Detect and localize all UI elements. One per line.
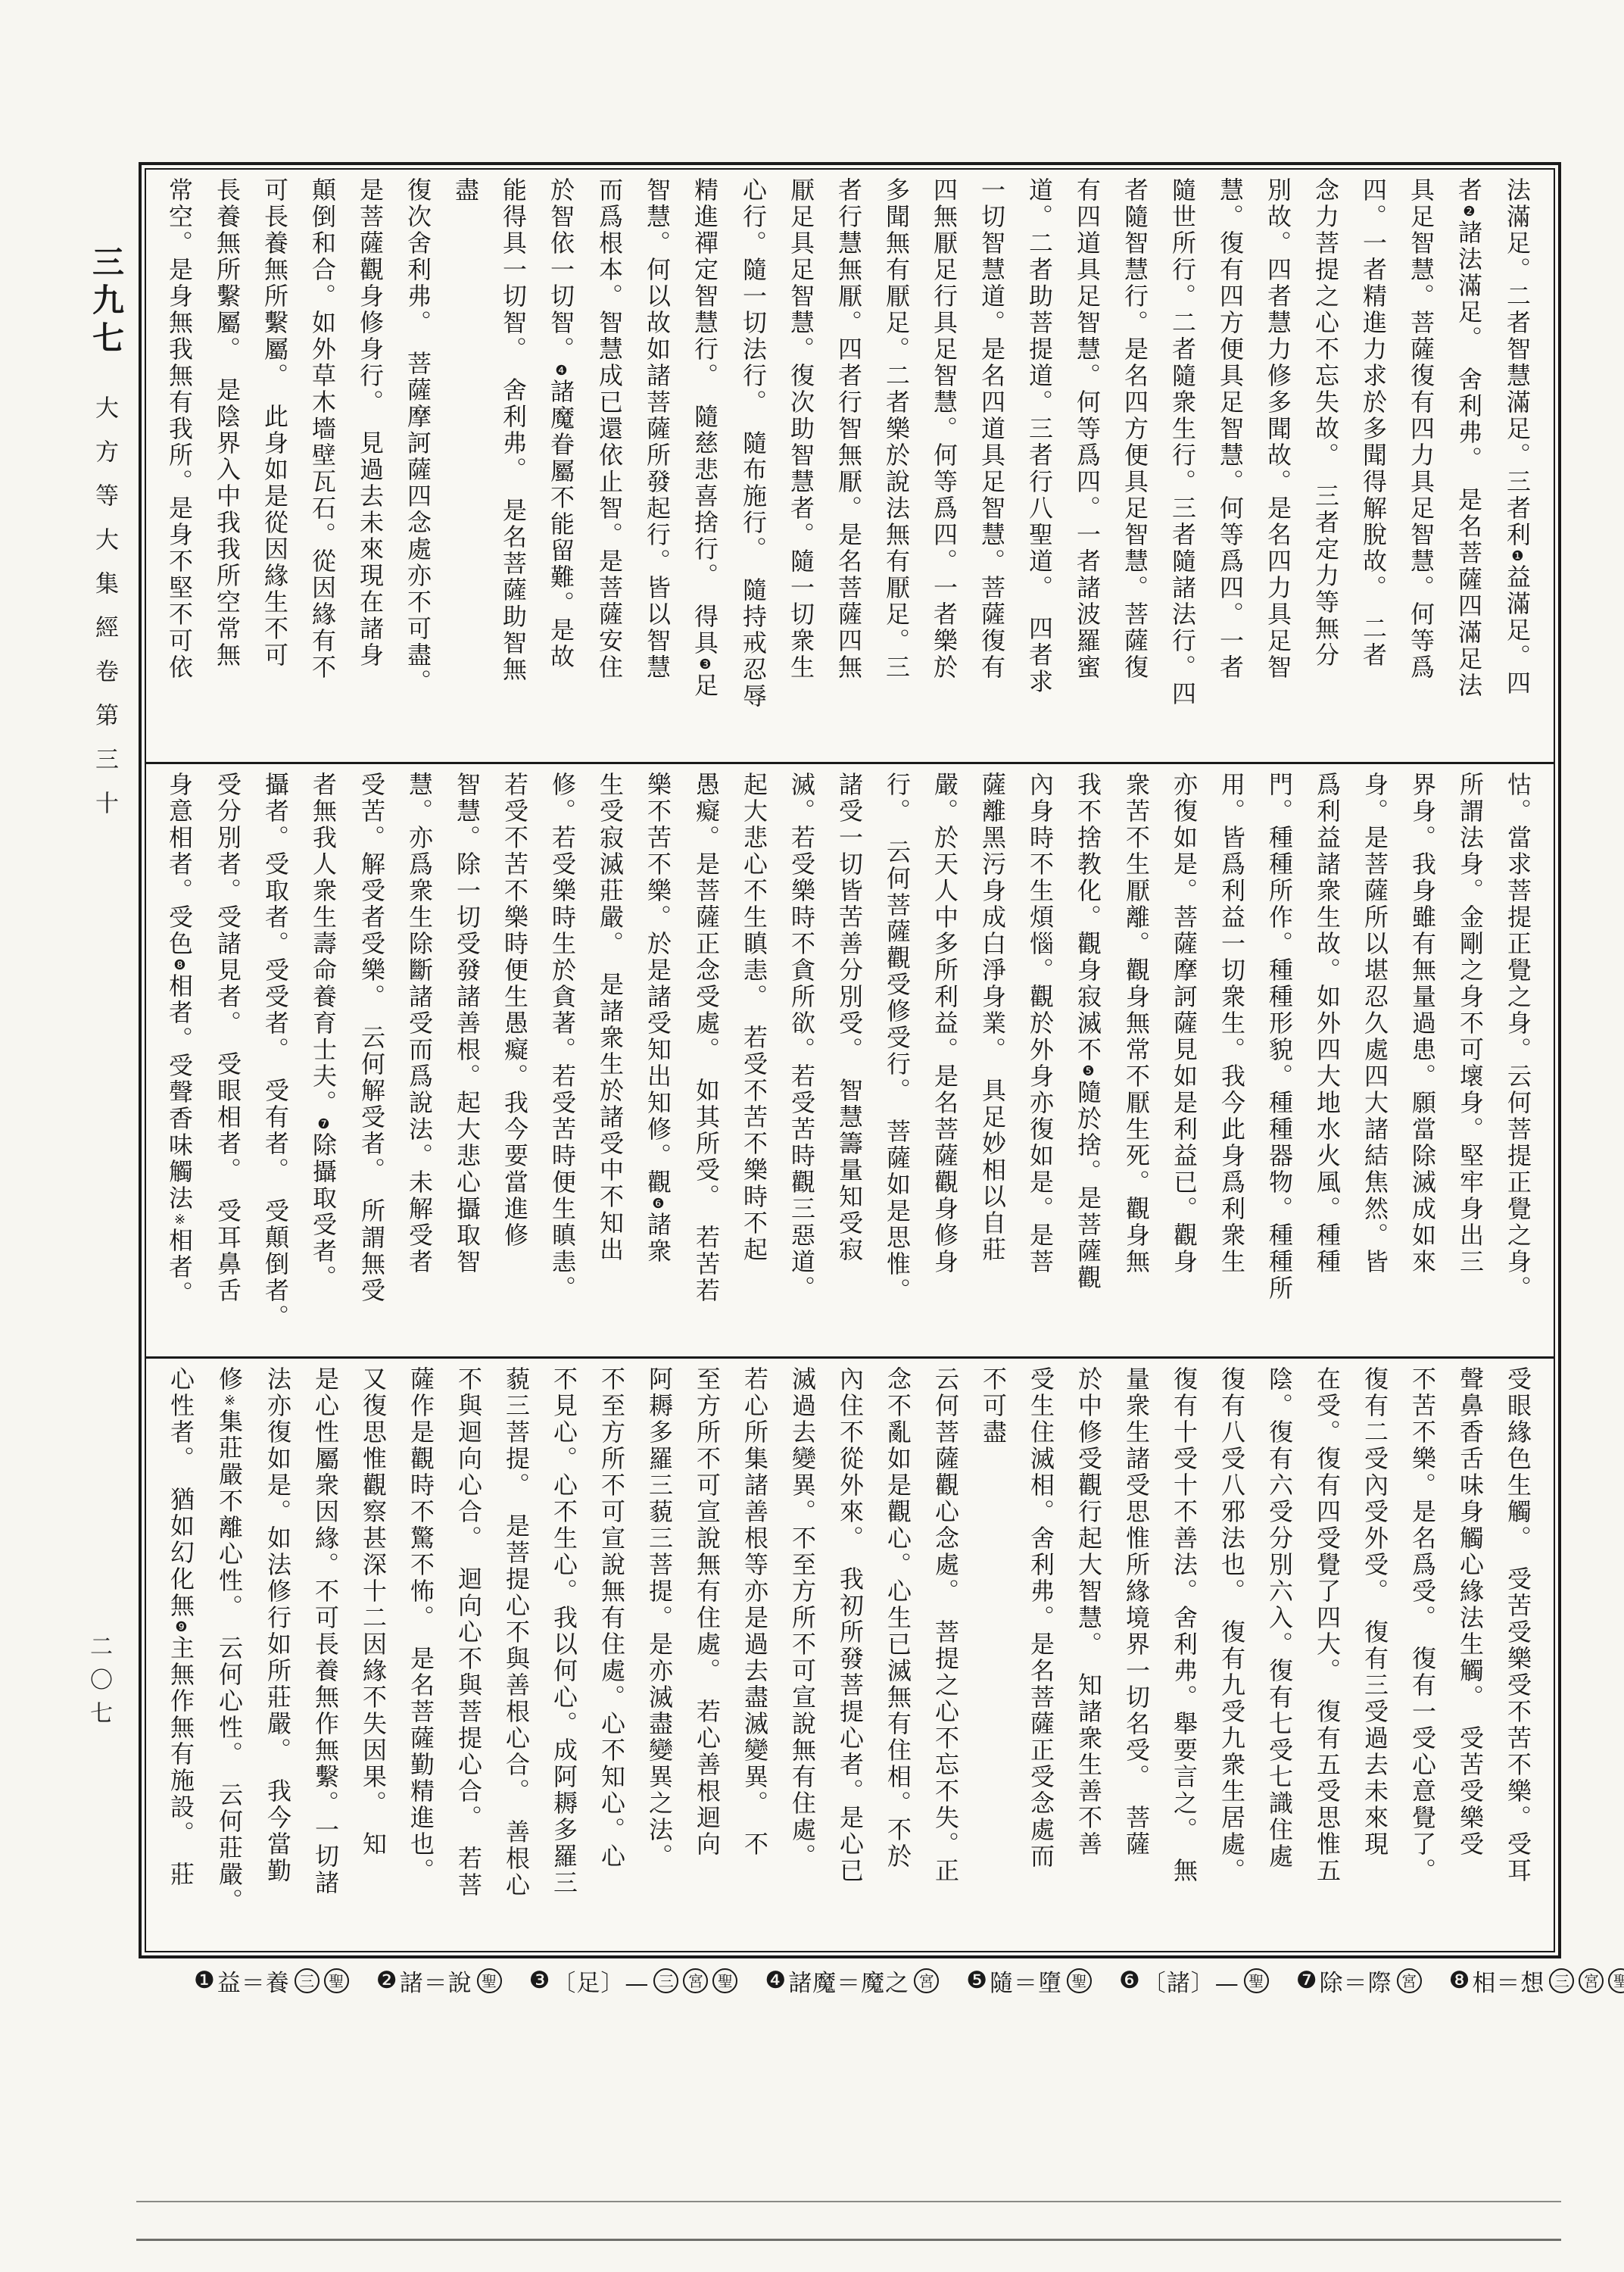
footnote-marker-icon: ❼ [316,1116,332,1132]
text-column: 法滿足。二者智慧滿足。三者利❶益滿足。四 [1493,177,1541,759]
text-column: 多聞無有厭足。二者樂於說法無有厭足。三 [872,177,920,759]
text-column: 身。是菩薩所以堪忍久處四大諸結焦然。皆 [1351,772,1398,1353]
text-column: 不與迴向心合。 迴向心不與菩提心合。 若菩 [444,1366,492,1948]
text-column: 念不亂如是觀心。心生已滅無有住相。不於 [874,1366,921,1948]
note-body: 除＝際 [1320,1964,1392,1998]
note-number-icon: ❺ [966,1967,987,1994]
text-column: 別故。四者慧力修多聞故。是名四力具足智 [1254,177,1301,759]
text-column: 門。種種所作。種種形貌。種種器物。種種所 [1255,772,1303,1353]
text-column: 而爲根本。智慧成已還依止智。是菩薩安住 [585,177,633,759]
text-column: 道。二者助菩提道。三者行八聖道。 四者求 [1015,177,1063,759]
note-number-icon: ❼ [1296,1967,1317,1994]
apparatus-note: ❹諸魔＝魔之宮 [765,1964,939,1998]
text-column: 又復思惟觀察甚深十二因緣不失因果。 知 [349,1366,397,1948]
footnote-marker-icon: ❺ [1080,1063,1096,1079]
register-top: 法滿足。二者智慧滿足。三者利❶益滿足。四者❷諸法滿足。 舍利弗。 是名菩薩四滿足… [146,170,1554,762]
text-column: 嚴。於天人中多所利益。是名菩薩觀身修身 [921,772,968,1353]
text-column: 法亦復如是。如法修行如所莊嚴。 我今當勤 [254,1366,301,1948]
edition-siglum-icon: 聖 [324,1968,349,1993]
note-number-icon: ❷ [376,1967,397,1994]
text-column: 藐三菩提。 是菩提心不與善根心合。 善根心 [492,1366,540,1948]
apparatus-note: ❷諸＝說聖 [376,1964,502,1998]
left-margin: 三九七 大方等大集經卷第三十 [73,245,133,835]
footnote-marker-icon: ❻ [650,1196,666,1212]
edition-siglum-icon: 三 [653,1968,678,1993]
edition-siglum-icon: 宮 [914,1968,939,1993]
text-column: 於智依一切智。❹諸魔眷屬不能留難。是故 [537,177,585,759]
text-column: 厭足具足智慧。復次助智慧者。隨一切衆生 [777,177,824,759]
note-number-icon: ❽ [1449,1967,1470,1994]
text-column: 四。一者精進力求於多聞得解脫故。 二者 [1349,177,1397,759]
text-column: 者無我人衆生壽命養育士夫。❼除攝取受者。 [299,772,348,1353]
text-column: 用。皆爲利益一切衆生。我今此身爲利衆生 [1208,772,1255,1353]
text-column: 慧。復有四方便具足智慧。何等爲四。一者 [1206,177,1254,759]
note-number-icon: ❹ [765,1967,786,1994]
text-column: 不可盡 [969,1366,1017,1948]
note-body: 相＝想 [1472,1964,1545,1998]
text-column: 怙。當求菩提正覺之身。云何菩提正覺之身。 [1494,772,1541,1353]
text-column: 是菩薩觀身修身行。 見過去未來現在諸身 [346,177,394,759]
text-column: 是心性屬衆因緣。不可長養無作無繫。一切諸 [301,1366,349,1948]
text-column: 量衆生諸受思惟所緣境界一切名受。 菩薩 [1112,1366,1160,1948]
note-number-icon: ❶ [194,1967,215,1994]
text-column: 智慧。除一切受發諸善根。起大悲心攝取智 [443,772,491,1353]
footnote-marker-icon: ❸ [697,657,713,673]
note-number-icon: ❸ [529,1967,550,1994]
edition-siglum-icon: 三 [1549,1968,1574,1993]
text-column: 者行慧無厭。四者行智無厭。是名菩薩四無 [824,177,872,759]
edition-siglum-icon: 宮 [1397,1968,1422,1993]
text-column: 者隨智慧行。是名四方便具足智慧。菩薩復 [1111,177,1158,759]
text-column: 阿耨多羅三藐三菩提。是亦滅盡變異之法。 [635,1366,683,1948]
edition-siglum-icon: 聖 [1244,1968,1269,1993]
text-column: 諸受一切皆苦善分別受。 智慧籌量知受寂 [825,772,873,1353]
text-column: 起大悲心不生瞋恚。 若受不苦不樂時不起 [730,772,778,1353]
text-column: 智慧。何以故如諸菩薩所發起行。皆以智慧 [633,177,681,759]
text-column: 受眼緣色生觸。 受苦受樂受不苦不樂。受耳 [1494,1366,1541,1948]
text-column: 隨世所行。二者隨衆生行。三者隨諸法行。四 [1158,177,1206,759]
text-column: 衆苦不生厭離。觀身無常不厭生死。觀身無 [1112,772,1160,1353]
text-column: 受苦。解受者受樂。 云何解受者。 所謂無受 [348,772,395,1353]
text-column: 內住不從外來。 我初所發菩提心者。是心已 [826,1366,874,1948]
text-column: 精進禪定智慧行。 隨慈悲喜捨行。 得具❸足 [681,177,729,759]
text-column: 修。若受樂時生於貪著。若受苦時便生瞋恚。 [538,772,586,1353]
note-body: 諸＝說 [400,1964,472,1998]
text-column: 若受不苦不樂時便生愚癡。我今要當進修 [491,772,538,1353]
edition-siglum-icon: 聖 [477,1968,502,1993]
text-column: 復有八受八邪法也。 復有九受九衆生居處。 [1208,1366,1255,1948]
apparatus-note: ❸〔足〕—三宮聖 [529,1964,738,1998]
text-column: 若心所集諸善根等亦是過去盡滅變異。 不 [731,1366,778,1948]
scan-artifact-line [136,2239,1561,2241]
register-bottom: 受眼緣色生觸。 受苦受樂受不苦不樂。受耳聲鼻香舌味身觸心緣法生觸。 受苦受樂受不… [146,1359,1554,1951]
text-column: 在受。復有四受覺了四大。 復有五受思惟五 [1303,1366,1351,1948]
register-middle: 怙。當求菩提正覺之身。云何菩提正覺之身。所謂法身。金剛之身不可壞身。堅牢身出三界… [146,764,1554,1356]
footnote-marker-icon: ❷ [1461,204,1477,220]
text-frame: 法滿足。二者智慧滿足。三者利❶益滿足。四者❷諸法滿足。 舍利弗。 是名菩薩四滿足… [139,162,1561,1958]
text-frame-inner: 法滿足。二者智慧滿足。三者利❶益滿足。四者❷諸法滿足。 舍利弗。 是名菩薩四滿足… [145,168,1555,1952]
text-column: 云何菩薩觀心念處。 菩提之心不忘不失。正 [921,1366,969,1948]
text-column: 滅。若受樂時不貪所欲。若受苦時觀三惡道。 [778,772,825,1353]
text-column: 樂不苦不樂。於是諸受知出知修。觀❻諸衆 [634,772,682,1353]
text-column: 復有二受內受外受。 復有三受過去未來現 [1351,1366,1398,1948]
footnote-marker-icon: ❾ [173,1619,189,1635]
text-column: 一切智慧道。是名四道具足智慧。菩薩復有 [968,177,1015,759]
text-column: 爲利益諸衆生故。如外四大地水火風。種種 [1303,772,1351,1353]
text-column: 修※集莊嚴不離心性。 云何心性。 云何莊嚴。 [205,1366,254,1948]
footnote-marker-icon: ❶ [1510,548,1526,564]
edition-siglum-icon: 宮 [1579,1968,1604,1993]
text-column: 四無厭足行具足智慧。何等爲四。一者樂於 [920,177,968,759]
text-column: 攝者。受取者。受受者。 受有者。 受顛倒者。 [251,772,299,1353]
text-column: 具足智慧。菩薩復有四力具足智慧。何等爲 [1397,177,1445,759]
text-column: 界身。我身雖有無量過患。願當除滅成如來 [1398,772,1446,1353]
text-column: 行。 云何菩薩觀受修受行。 菩薩如是思惟。 [873,772,921,1353]
edition-siglum-icon: 宮 [683,1968,708,1993]
text-column: 長養無所繫屬。 是陰界入中我我所空常無 [203,177,251,759]
text-column: 不苦不樂。是名爲受。 復有一受心意覺了。 [1398,1366,1446,1948]
note-number-icon: ❻ [1119,1967,1140,1994]
edition-siglum-icon: 聖 [1067,1968,1092,1993]
apparatus-note: ❽相＝想三宮聖 [1449,1964,1624,1998]
text-column: 心性者。 猶如幻化無❾主無作無有施設。 莊 [157,1366,205,1948]
text-column: 能得具一切智。 舍利弗。 是名菩薩助智無 [489,177,537,759]
folio-number: 二〇七 [82,1634,115,1734]
apparatus-note: ❶益＝養三聖 [194,1964,349,1998]
apparatus-note: ❺隨＝墮聖 [966,1964,1092,1998]
edition-siglum-icon: 三 [295,1968,320,1993]
text-column: 亦復如是。菩薩摩訶薩見如是利益已。觀身 [1160,772,1208,1353]
note-body: 〔諸〕— [1142,1964,1239,1998]
text-column: 生受寂滅莊嚴。 是諸衆生於諸受中不知出 [586,772,634,1353]
text-column: 我不捨教化。觀身寂滅不❺隨於捨。是菩薩觀 [1064,772,1112,1353]
text-column: 聲鼻香舌味身觸心緣法生觸。 受苦受樂受 [1446,1366,1494,1948]
apparatus-note: ❻〔諸〕—聖 [1119,1964,1269,1998]
text-column: 身意相者。受色❽相者。受聲香味觸法※相者。 [155,772,204,1353]
note-body: 隨＝墮 [990,1964,1062,1998]
text-column: 不至方所不可宣說無有住處。心不知心。心 [588,1366,635,1948]
note-body: 益＝養 [217,1964,290,1998]
canon-text-number: 三九七 [83,245,129,359]
scan-artifact-line [136,2201,1561,2202]
text-column: 愚癡。是菩薩正念受處。 如其所受。 若苦若 [682,772,730,1353]
note-body: 諸魔＝魔之 [788,1964,909,1998]
footnote-marker-icon: ※ [172,1212,188,1228]
text-column: 不見心。心不生心。我以何心。成阿耨多羅三 [540,1366,588,1948]
edition-siglum-icon: 聖 [712,1968,737,1993]
note-body: 〔足〕— [552,1964,649,1998]
edition-siglum-icon: 聖 [1608,1968,1624,1993]
text-column: 所謂法身。金剛之身不可壞身。堅牢身出三 [1446,772,1494,1353]
text-column: 至方所不可宣說無有住處。 若心善根迴向 [683,1366,731,1948]
text-column: 受分別者。受諸見者。 受眼相者。 受耳鼻舌 [204,772,251,1353]
text-column: 受生住滅相。舍利弗。是名菩薩正受念處而 [1017,1366,1064,1948]
text-column: 者❷諸法滿足。 舍利弗。 是名菩薩四滿足法 [1445,177,1493,759]
text-column: 復有十受十不善法。舍利弗。舉要言之。 無 [1160,1366,1208,1948]
text-column: 滅過去變異。不至方所不可宣說無有住處。 [778,1366,826,1948]
variant-apparatus-line: ❶益＝養三聖❷諸＝說聖❸〔足〕—三宮聖❹諸魔＝魔之宮❺隨＝墮聖❻〔諸〕—聖❼除＝… [194,1963,1564,1998]
text-column: 盡 [441,177,489,759]
text-column: 顛倒和合。如外草木墻壁瓦石。從因緣有不 [298,177,346,759]
text-column: 常空。是身無我無有我所。是身不堅不可依 [155,177,203,759]
text-column: 內身時不生煩惱。觀於外身亦復如是。是菩 [1016,772,1064,1353]
scanned-sutra-page: 三九七 大方等大集經卷第三十 二〇七 法滿足。二者智慧滿足。三者利❶益滿足。四者… [0,0,1624,2272]
text-column: 薩作是觀時不驚不怖。 是名菩薩勤精進也。 [397,1366,444,1948]
text-column: 念力菩提之心不忘失故。 三者定力等無分 [1301,177,1349,759]
text-column: 復次舍利弗。 菩薩摩訶薩四念處亦不可盡。 [394,177,441,759]
text-column: 慧。亦爲衆生除斷諸受而爲說法。未解受者 [395,772,443,1353]
footnote-marker-icon: ❹ [553,363,569,379]
text-column: 心行。隨一切法行。 隨布施行。 隨持戒忍辱 [729,177,777,759]
apparatus-note: ❼除＝際宮 [1296,1964,1422,1998]
text-column: 於中修受觀行起大智慧。 知諸衆生善不善 [1064,1366,1112,1948]
footnote-marker-icon: ❽ [172,957,188,973]
footnote-marker-icon: ※ [222,1393,238,1409]
text-column: 陰。復有六受分別六入。復有七受七識住處 [1255,1366,1303,1948]
text-column: 薩離黑污身成白淨身業。 具足妙相以自莊 [968,772,1016,1353]
running-title: 大方等大集經卷第三十 [88,395,122,835]
text-column: 可長養無所繫屬。 此身如是從因緣生不可 [251,177,298,759]
text-column: 有四道具足智慧。何等爲四。一者諸波羅蜜 [1063,177,1111,759]
